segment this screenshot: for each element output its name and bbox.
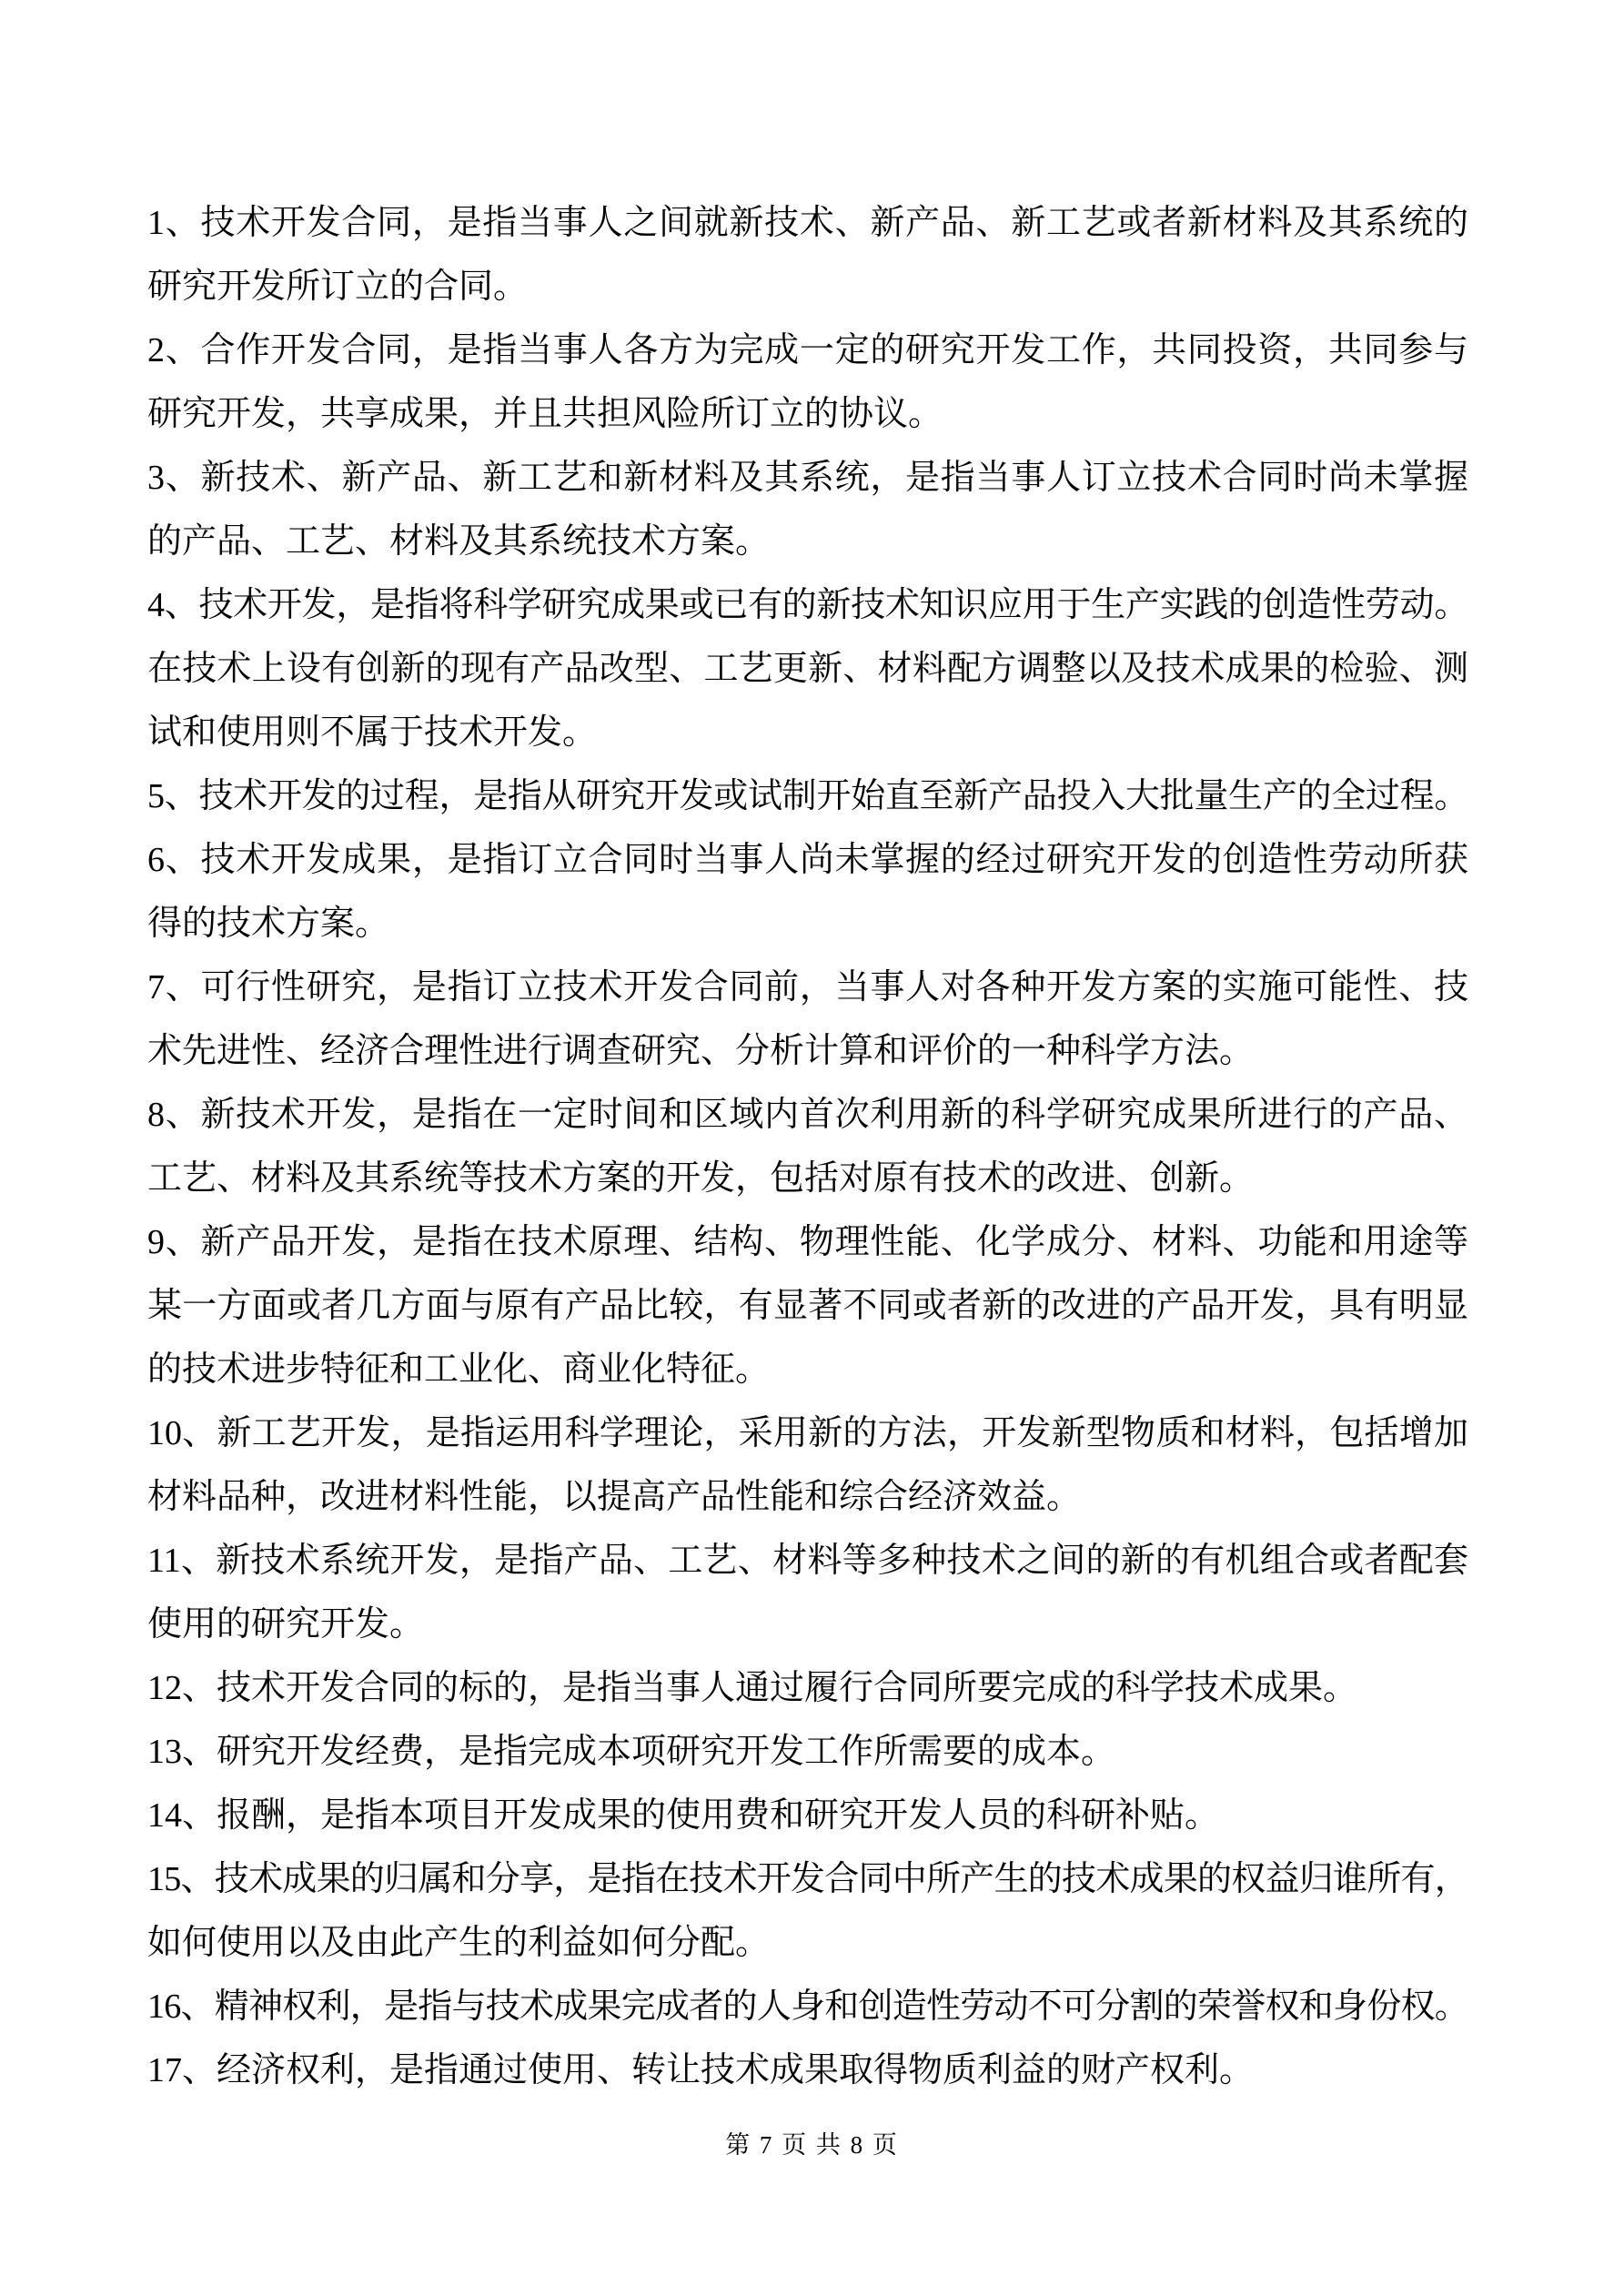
paragraph-item-13: 13、研究开发经费，是指完成本项研究开发工作所需要的成本。 <box>147 1720 1468 1784</box>
paragraph-line: 2、合作开发合同，是指当事人各方为完成一定的研究开发工作，共同投资，共同参与 <box>147 319 1468 382</box>
paragraph-item-12: 12、技术开发合同的标的，是指当事人通过履行合同所要完成的科学技术成果。 <box>147 1656 1468 1720</box>
document-page: 1、技术开发合同，是指当事人之间就新技术、新产品、新工艺或者新材料及其系统的研究… <box>0 0 1624 2296</box>
paragraph-item-16: 16、精神权利，是指与技术成果完成者的人身和创造性劳动不可分割的荣誉权和身份权。 <box>147 1975 1468 2038</box>
paragraph-line: 7、可行性研究，是指订立技术开发合同前，当事人对各种开发方案的实施可能性、技 <box>147 956 1468 1019</box>
paragraph-item-3: 3、新技术、新产品、新工艺和新材料及其系统，是指当事人订立技术合同时尚未掌握的产… <box>147 446 1468 573</box>
paragraph-item-14: 14、报酬，是指本项目开发成果的使用费和研究开发人员的科研补贴。 <box>147 1784 1468 1847</box>
paragraph-line: 的技术进步特征和工业化、商业化特征。 <box>147 1338 1468 1401</box>
paragraph-line: 6、技术开发成果，是指订立合同时当事人尚未掌握的经过研究开发的创造性劳动所获 <box>147 828 1468 892</box>
paragraph-line: 11、新技术系统开发，是指产品、工艺、材料等多种技术之间的新的有机组合或者配套 <box>147 1529 1468 1593</box>
paragraph-line: 17、经济权利，是指通过使用、转让技术成果取得物质利益的财产权利。 <box>147 2038 1468 2102</box>
paragraph-line: 9、新产品开发，是指在技术原理、结构、物理性能、化学成分、材料、功能和用途等 <box>147 1210 1468 1274</box>
paragraph-line: 10、新工艺开发，是指运用科学理论，采用新的方法，开发新型物质和材料，包括增加 <box>147 1401 1468 1465</box>
paragraph-line: 试和使用则不属于技术开发。 <box>147 701 1468 764</box>
paragraph-line: 4、技术开发，是指将科学研究成果或已有的新技术知识应用于生产实践的创造性劳动。 <box>147 573 1468 637</box>
paragraph-line: 15、技术成果的归属和分享，是指在技术开发合同中所产生的技术成果的权益归谁所有， <box>147 1847 1468 1911</box>
paragraph-item-15: 15、技术成果的归属和分享，是指在技术开发合同中所产生的技术成果的权益归谁所有，… <box>147 1847 1468 1975</box>
paragraph-line: 某一方面或者几方面与原有产品比较，有显著不同或者新的改进的产品开发，具有明显 <box>147 1274 1468 1338</box>
paragraph-item-11: 11、新技术系统开发，是指产品、工艺、材料等多种技术之间的新的有机组合或者配套使… <box>147 1529 1468 1656</box>
paragraph-line: 1、技术开发合同，是指当事人之间就新技术、新产品、新工艺或者新材料及其系统的 <box>147 191 1468 255</box>
paragraph-line: 使用的研究开发。 <box>147 1593 1468 1656</box>
page-footer: 第 7 页 共 8 页 <box>0 2120 1624 2170</box>
paragraph-item-8: 8、新技术开发，是指在一定时间和区域内首次利用新的科学研究成果所进行的产品、工艺… <box>147 1083 1468 1210</box>
paragraph-item-17: 17、经济权利，是指通过使用、转让技术成果取得物质利益的财产权利。 <box>147 2038 1468 2102</box>
paragraph-line: 得的技术方案。 <box>147 892 1468 956</box>
paragraph-line: 材料品种，改进材料性能，以提高产品性能和综合经济效益。 <box>147 1465 1468 1529</box>
paragraph-line: 在技术上设有创新的现有产品改型、工艺更新、材料配方调整以及技术成果的检验、测 <box>147 637 1468 701</box>
paragraph-item-4: 4、技术开发，是指将科学研究成果或已有的新技术知识应用于生产实践的创造性劳动。在… <box>147 573 1468 764</box>
paragraph-line: 3、新技术、新产品、新工艺和新材料及其系统，是指当事人订立技术合同时尚未掌握 <box>147 446 1468 510</box>
paragraph-line: 12、技术开发合同的标的，是指当事人通过履行合同所要完成的科学技术成果。 <box>147 1656 1468 1720</box>
paragraph-item-2: 2、合作开发合同，是指当事人各方为完成一定的研究开发工作，共同投资，共同参与研究… <box>147 319 1468 446</box>
paragraph-line: 研究开发所订立的合同。 <box>147 255 1468 319</box>
paragraph-item-1: 1、技术开发合同，是指当事人之间就新技术、新产品、新工艺或者新材料及其系统的研究… <box>147 191 1468 319</box>
paragraph-line: 如何使用以及由此产生的利益如何分配。 <box>147 1911 1468 1975</box>
paragraph-item-7: 7、可行性研究，是指订立技术开发合同前，当事人对各种开发方案的实施可能性、技术先… <box>147 956 1468 1083</box>
paragraph-item-5: 5、技术开发的过程，是指从研究开发或试制开始直至新产品投入大批量生产的全过程。 <box>147 764 1468 828</box>
paragraph-item-9: 9、新产品开发，是指在技术原理、结构、物理性能、化学成分、材料、功能和用途等某一… <box>147 1210 1468 1401</box>
contract-terms-list: 1、技术开发合同，是指当事人之间就新技术、新产品、新工艺或者新材料及其系统的研究… <box>147 191 1468 2102</box>
paragraph-line: 的产品、工艺、材料及其系统技术方案。 <box>147 510 1468 573</box>
paragraph-item-6: 6、技术开发成果，是指订立合同时当事人尚未掌握的经过研究开发的创造性劳动所获得的… <box>147 828 1468 956</box>
paragraph-line: 工艺、材料及其系统等技术方案的开发，包括对原有技术的改进、创新。 <box>147 1147 1468 1210</box>
paragraph-line: 8、新技术开发，是指在一定时间和区域内首次利用新的科学研究成果所进行的产品、 <box>147 1083 1468 1147</box>
paragraph-line: 研究开发，共享成果，并且共担风险所订立的协议。 <box>147 382 1468 446</box>
paragraph-line: 5、技术开发的过程，是指从研究开发或试制开始直至新产品投入大批量生产的全过程。 <box>147 764 1468 828</box>
paragraph-line: 术先进性、经济合理性进行调查研究、分析计算和评价的一种科学方法。 <box>147 1019 1468 1083</box>
paragraph-line: 14、报酬，是指本项目开发成果的使用费和研究开发人员的科研补贴。 <box>147 1784 1468 1847</box>
paragraph-item-10: 10、新工艺开发，是指运用科学理论，采用新的方法，开发新型物质和材料，包括增加材… <box>147 1401 1468 1529</box>
paragraph-line: 13、研究开发经费，是指完成本项研究开发工作所需要的成本。 <box>147 1720 1468 1784</box>
paragraph-line: 16、精神权利，是指与技术成果完成者的人身和创造性劳动不可分割的荣誉权和身份权。 <box>147 1975 1468 2038</box>
